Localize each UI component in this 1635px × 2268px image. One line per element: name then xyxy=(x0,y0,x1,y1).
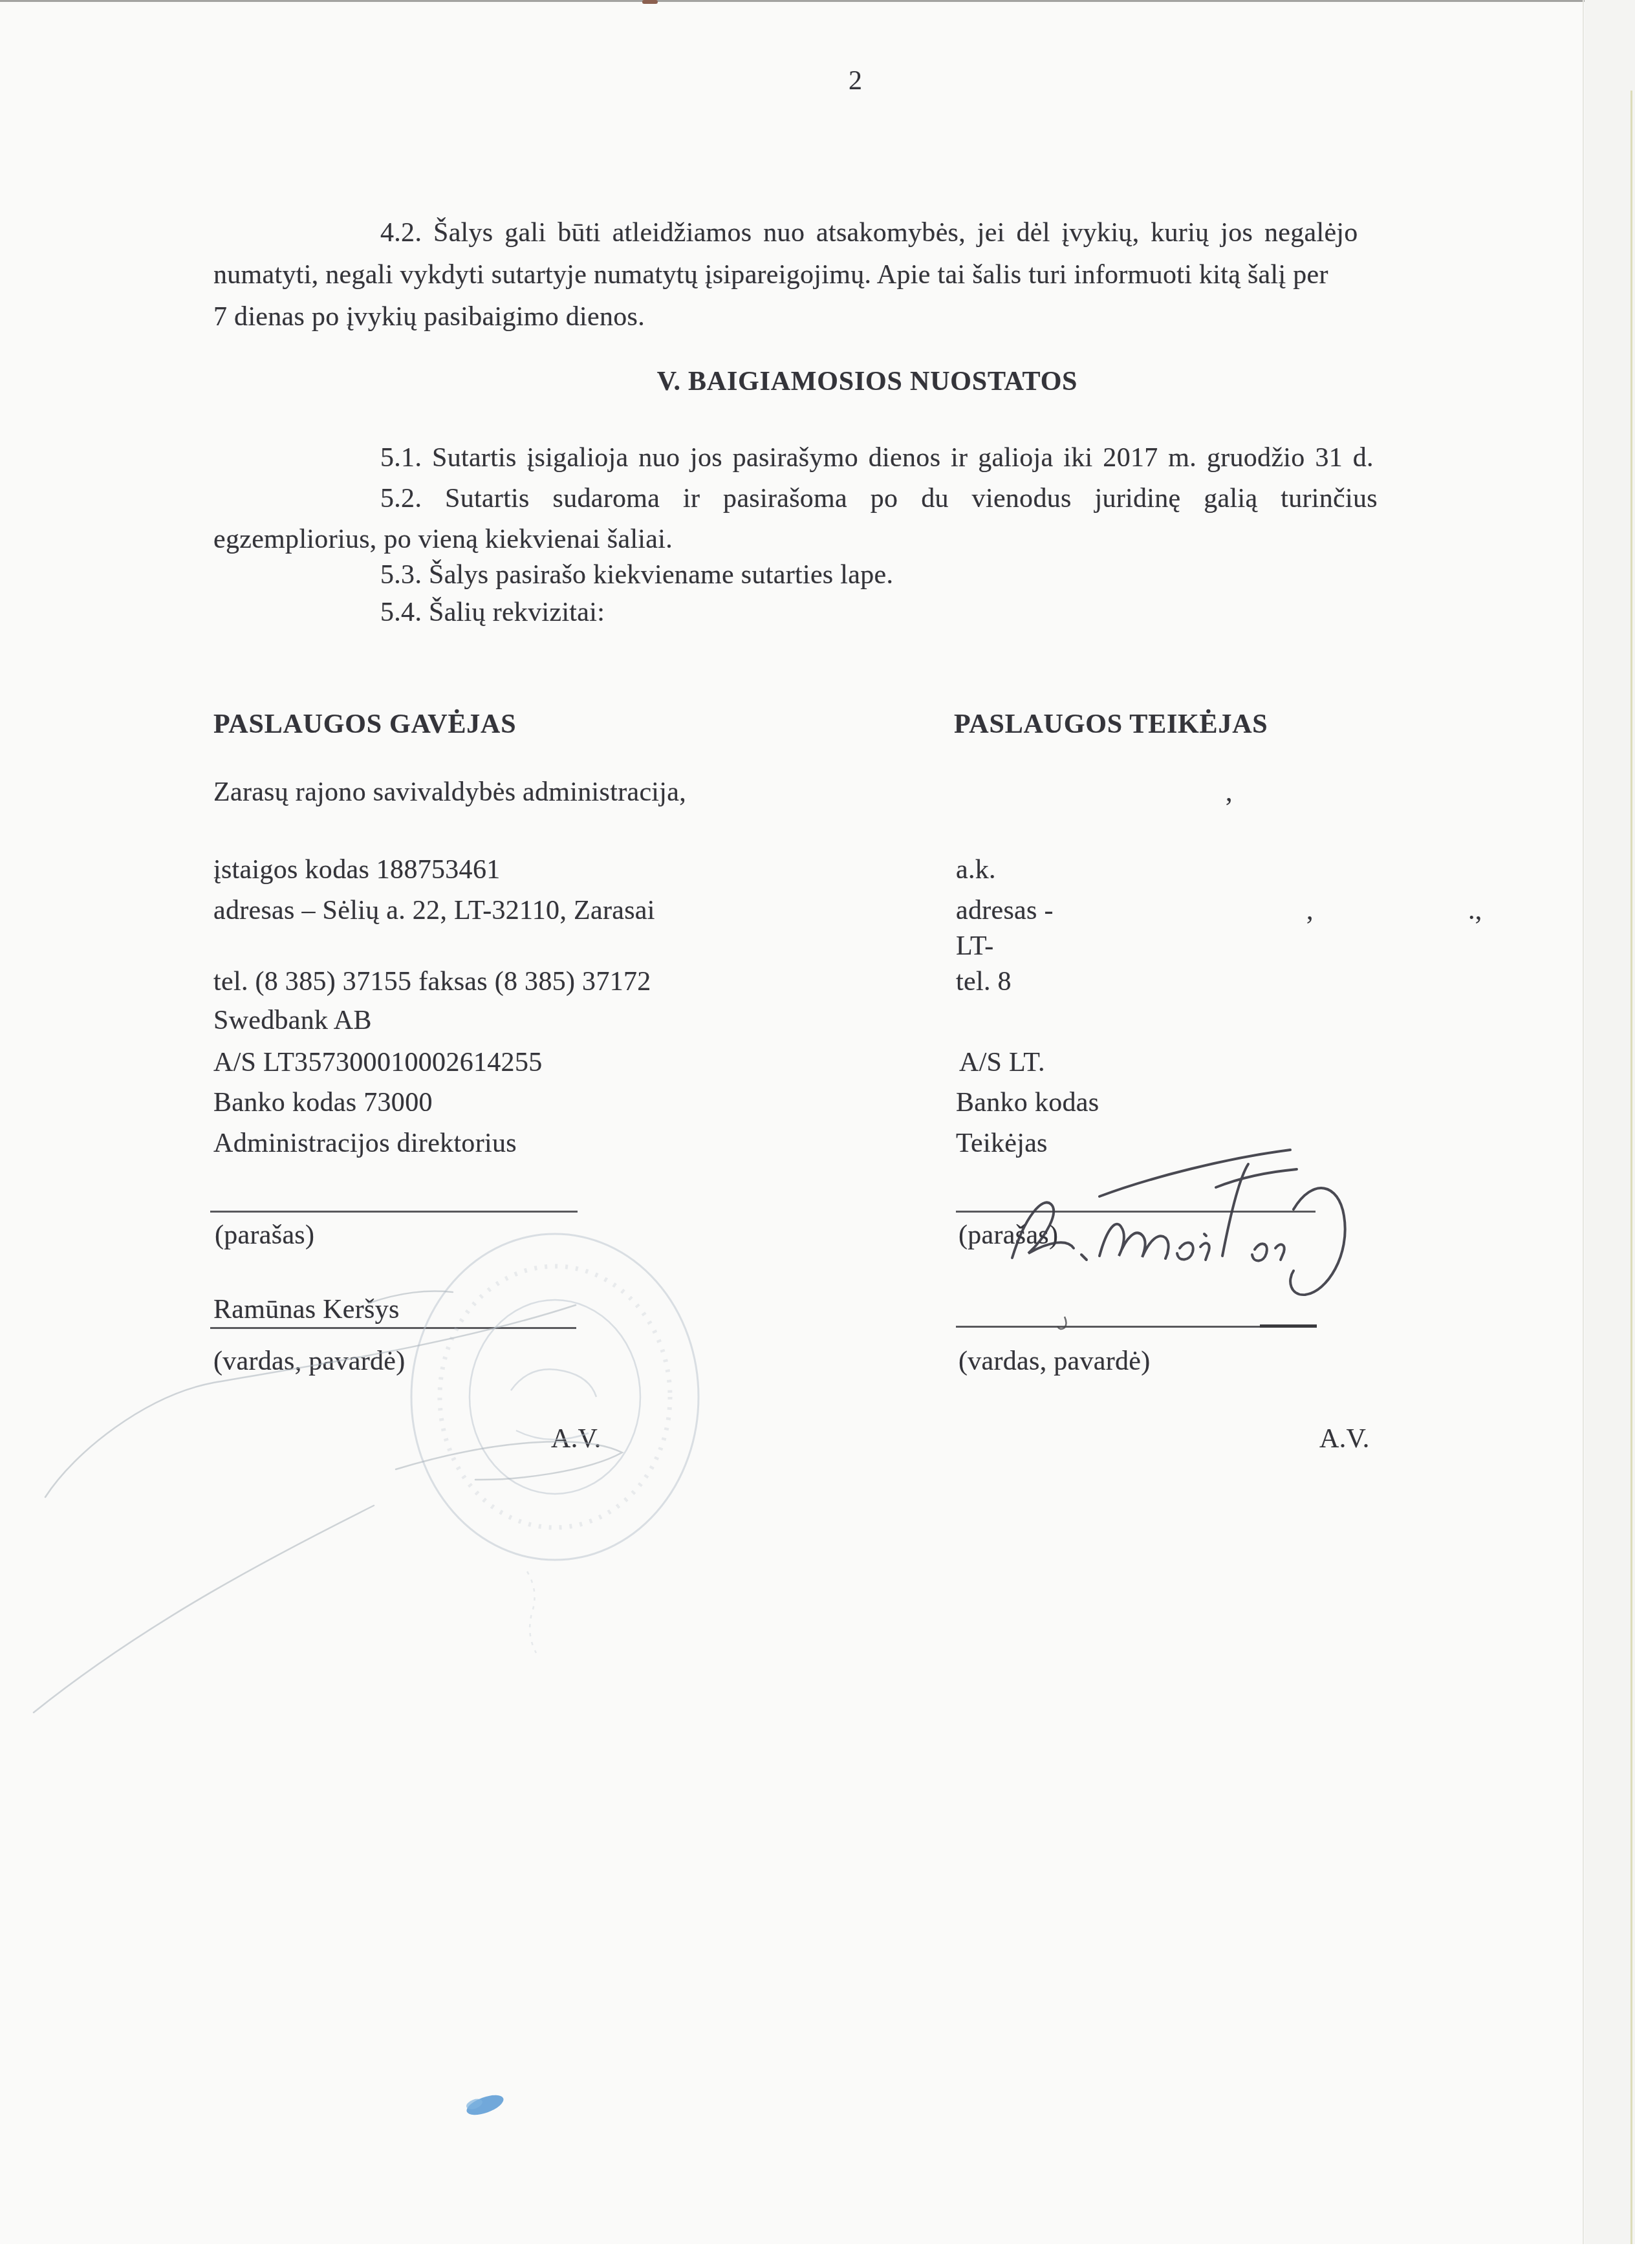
recipient-header: PASLAUGOS GAVĖJAS xyxy=(213,707,516,741)
provider-signature-line xyxy=(956,1211,1316,1213)
provider-address-prefix: adresas - xyxy=(956,894,1054,927)
clause-5-1: 5.1. Sutartis įsigalioja nuo jos pasiraš… xyxy=(380,441,1374,475)
clause-4-2-line-1: 4.2. Šalys gali būti atleidžiamos nuo at… xyxy=(380,216,1358,250)
scan-bottom-edge xyxy=(0,2244,1635,2268)
provider-address-comma-1: , xyxy=(1306,894,1314,927)
clause-5-3: 5.3. Šalys pasirašo kiekviename sutartie… xyxy=(380,558,893,592)
scan-top-edge xyxy=(0,0,1635,2)
provider-phone-prefix: tel. 8 xyxy=(956,965,1012,999)
recipient-bank: Swedbank AB xyxy=(213,1004,372,1037)
provider-name-comma: , xyxy=(1226,775,1233,809)
provider-personal-code: a.k. xyxy=(956,853,996,887)
scanned-contract-page: 2 4.2. Šalys gali būti atleidžiamos nuo … xyxy=(0,0,1635,2268)
recipient-phone-fax: tel. (8 385) 37155 faksas (8 385) 37172 xyxy=(213,965,651,999)
ink-smudge xyxy=(464,2090,506,2119)
recipient-company-code: įstaigos kodas 188753461 xyxy=(213,853,501,887)
recipient-signer-title: Administracijos direktorius xyxy=(213,1127,517,1160)
clause-4-2-line-3: 7 dienas po įvykių pasibaigimo dienos. xyxy=(213,300,645,334)
recipient-signature-line xyxy=(210,1211,578,1213)
provider-name-line-dark-segment xyxy=(1260,1324,1317,1328)
provider-header: PASLAUGOS TEIKĖJAS xyxy=(954,707,1268,741)
provider-seal-label: A.V. xyxy=(1319,1422,1369,1456)
scan-speck xyxy=(642,0,658,4)
provider-handwritten-signature xyxy=(1012,1150,1345,1295)
section-heading: V. BAIGIAMOSIOS NUOSTATOS xyxy=(213,365,1521,398)
page-number: 2 xyxy=(849,64,862,98)
recipient-name-label: (vardas, pavardė) xyxy=(213,1345,406,1378)
provider-address-comma-2: ., xyxy=(1468,894,1482,927)
provider-account-prefix: A/S LT. xyxy=(959,1046,1045,1079)
provider-signature-label: (parašas) xyxy=(958,1218,1058,1252)
recipient-name: Zarasų rajono savivaldybės administracij… xyxy=(213,775,686,809)
provider-postal-prefix: LT- xyxy=(956,929,994,963)
recipient-seal-label: A.V. xyxy=(551,1422,601,1456)
recipient-account: A/S LT357300010002614255 xyxy=(213,1046,543,1079)
clause-5-2-line-2: egzempliorius, po vieną kiekvienai šalia… xyxy=(213,523,673,556)
clause-4-2-line-2: numatyti, negali vykdyti sutartyje numat… xyxy=(213,258,1328,292)
clause-5-4: 5.4. Šalių rekvizitai: xyxy=(380,596,605,629)
provider-name-label: (vardas, pavardė) xyxy=(958,1345,1151,1378)
recipient-signature-label: (parašas) xyxy=(215,1218,314,1252)
provider-bank-code-prefix: Banko kodas xyxy=(956,1086,1099,1119)
provider-signer-title: Teikėjas xyxy=(956,1127,1048,1160)
recipient-bank-code: Banko kodas 73000 xyxy=(213,1086,433,1119)
scan-edge-line xyxy=(1630,91,1632,2244)
scan-right-strip xyxy=(1585,0,1635,2268)
recipient-address: adresas – Sėlių a. 22, LT-32110, Zarasai xyxy=(213,894,655,927)
recipient-signer-name: Ramūnas Keršys xyxy=(213,1293,400,1326)
scan-fold-line xyxy=(1583,0,1584,2268)
recipient-name-underline xyxy=(210,1327,576,1329)
clause-5-2-line-1: 5.2. Sutartis sudaroma ir pasirašoma po … xyxy=(380,482,1378,515)
